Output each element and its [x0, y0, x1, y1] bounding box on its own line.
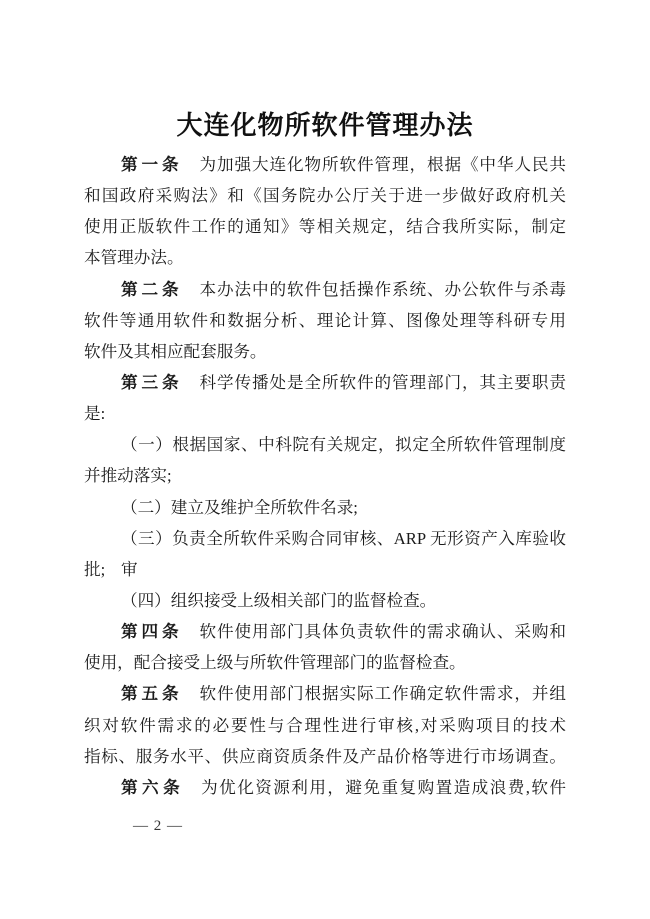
article-number: 第二条: [121, 280, 183, 299]
document-page: 大连化物所软件管理办法 第一条为加强大连化物所软件管理，根据《中华人民共和国政府…: [0, 0, 650, 919]
document-title: 大连化物所软件管理办法: [0, 105, 650, 142]
text-line: 第五条软件使用部门根据实际工作确定软件需求，并组: [84, 678, 566, 709]
text-line: 指标、服务水平、供应商资质条件及产品价格等进行市场调查。: [84, 741, 566, 772]
text-line: （四）组织接受上级相关部门的监督检查。: [84, 585, 566, 616]
text-line: （一）根据国家、中科院有关规定，拟定全所软件管理制度: [84, 429, 566, 460]
text-line: 织对软件需求的必要性与合理性进行审核,对采购项目的技术: [84, 710, 566, 741]
text-line: （二）建立及维护全所软件名录;: [84, 492, 566, 523]
text-line: 是:: [84, 398, 566, 429]
text-line: 第六条为优化资源利用，避免重复购置造成浪费,软件: [84, 772, 566, 803]
text-line: 软件及其相应配套服务。: [84, 336, 566, 367]
document-body: 第一条为加强大连化物所软件管理，根据《中华人民共和国政府采购法》和《国务院办公厅…: [84, 149, 566, 803]
text-line: 使用，配合接受上级与所软件管理部门的监督检查。: [84, 647, 566, 678]
text-line: （三）负责全所软件采购合同审核、ARP 无形资产入库验收审: [84, 523, 566, 554]
text-line: 本管理办法。: [84, 242, 566, 273]
text-line: 第一条为加强大连化物所软件管理，根据《中华人民共: [84, 149, 566, 180]
text-line: 使用正版软件工作的通知》等相关规定，结合我所实际，制定: [84, 211, 566, 242]
page-number: — 2 —: [133, 816, 183, 836]
text-line: 第三条科学传播处是全所软件的管理部门，其主要职责: [84, 367, 566, 398]
article-number: 第六条: [121, 778, 184, 797]
article-number: 第一条: [121, 155, 183, 174]
article-number: 第四条: [121, 622, 183, 641]
article-number: 第三条: [121, 373, 183, 392]
text-line: 并推动落实;: [84, 460, 566, 491]
text-line: 和国政府采购法》和《国务院办公厅关于进一步做好政府机关: [84, 180, 566, 211]
text-line: 第四条软件使用部门具体负责软件的需求确认、采购和: [84, 616, 566, 647]
text-line: 软件等通用软件和数据分析、理论计算、图像处理等科研专用: [84, 305, 566, 336]
text-line: 批;: [84, 554, 566, 585]
text-line: 第二条本办法中的软件包括操作系统、办公软件与杀毒: [84, 274, 566, 305]
article-number: 第五条: [121, 684, 183, 703]
